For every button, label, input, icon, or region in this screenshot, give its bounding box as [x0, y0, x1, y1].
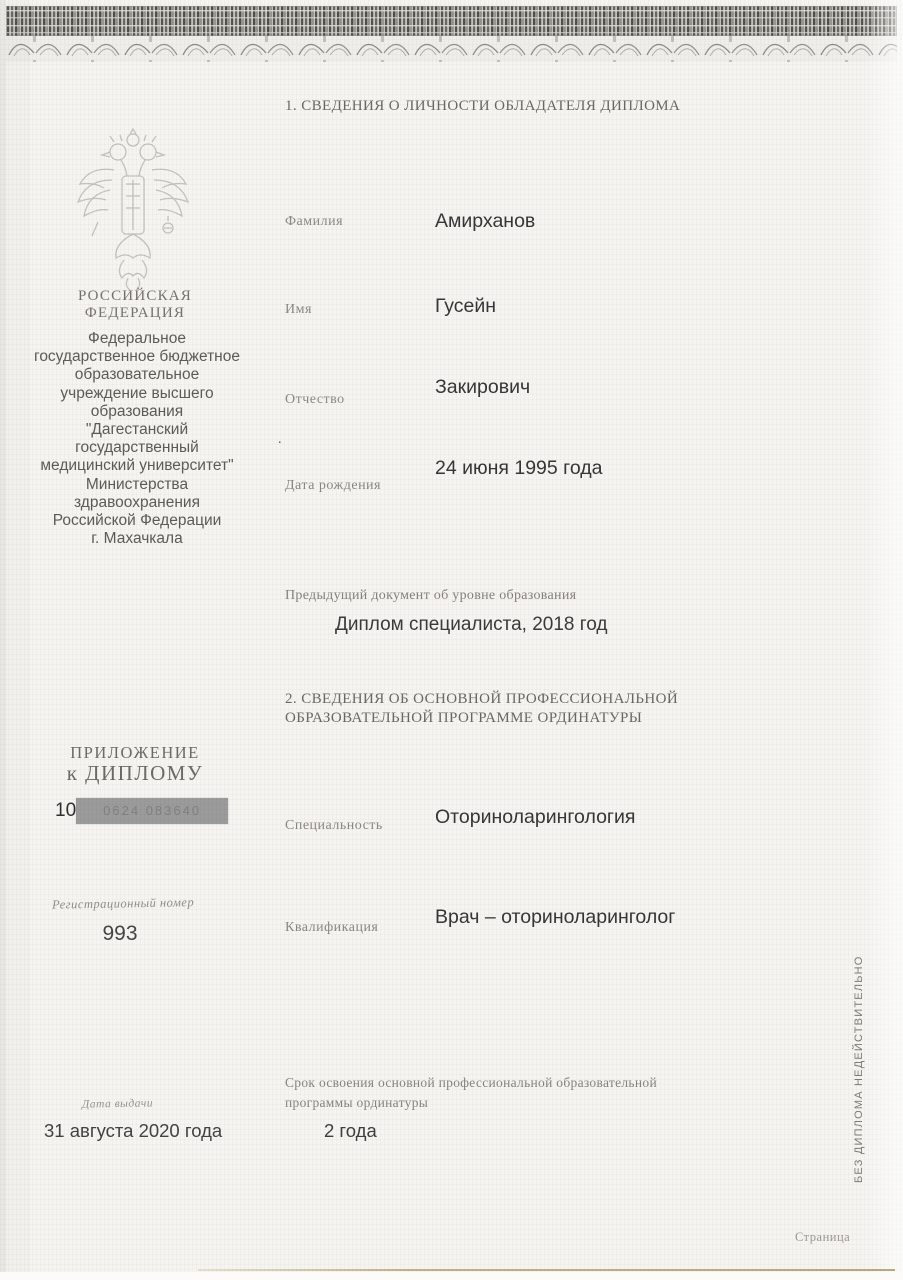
- page-footer-label: Страница: [795, 1230, 850, 1245]
- field-value-birthdate: 24 июня 1995 года: [435, 457, 603, 480]
- field-value-firstname: Гусейн: [435, 295, 496, 318]
- field-value-qualification: Врач – оториноларинголог: [435, 906, 675, 929]
- duration-label: Срок освоения основной профессиональной …: [285, 1073, 715, 1113]
- annex-title-line1: ПРИЛОЖЕНИЕ: [20, 743, 250, 762]
- guilloche-border: [6, 6, 897, 62]
- scan-artifact-dot: .: [278, 432, 282, 448]
- institution-line: г. Махачкала: [91, 530, 182, 547]
- field-label-qualification: Квалификация: [285, 920, 378, 936]
- russia-coat-of-arms-eagle-icon: [64, 126, 202, 294]
- bottom-scan-edge-line: [198, 1269, 895, 1271]
- duration-label-line2: программы ординатуры: [285, 1095, 428, 1110]
- institution-line: Российской Федерации: [53, 512, 222, 529]
- field-label-specialty: Специальность: [285, 818, 383, 834]
- institution-line: государственный: [75, 439, 199, 456]
- field-label-patronymic: Отчество: [285, 392, 345, 408]
- annex-number-redaction-box: 0624 083640: [76, 798, 228, 824]
- registration-number-label: Регистрационный номер: [52, 894, 242, 912]
- void-without-diploma-note: БЕЗ ДИПЛОМА НЕДЕЙСТВИТЕЛЬНО: [853, 968, 875, 1183]
- institution-name: Федеральное государственное бюджетное об…: [4, 330, 270, 548]
- institution-line: образования: [91, 403, 183, 420]
- annex-title: ПРИЛОЖЕНИЕ к ДИПЛОМУ: [20, 743, 250, 785]
- previous-document-value: Диплом специалиста, 2018 год: [335, 614, 608, 636]
- country-line1: РОССИЙСКАЯ: [78, 288, 192, 304]
- section2-title-line1: 2. СВЕДЕНИЯ ОБ ОСНОВНОЙ ПРОФЕССИОНАЛЬНОЙ: [285, 691, 678, 707]
- field-value-specialty: Оториноларингология: [435, 806, 635, 829]
- guilloche-pattern-svg: [6, 6, 897, 62]
- institution-line: образовательное: [75, 366, 199, 383]
- institution-line: Федеральное: [88, 330, 186, 347]
- country-line2: ФЕДЕРАЦИЯ: [85, 305, 185, 321]
- institution-line: учреждение высшего: [60, 385, 213, 402]
- field-value-patronymic: Закирович: [435, 376, 530, 399]
- bottom-white-margin: [0, 1272, 903, 1280]
- field-label-birthdate: Дата рождения: [285, 478, 381, 494]
- section1-title: 1. СВЕДЕНИЯ О ЛИЧНОСТИ ОБЛАДАТЕЛЯ ДИПЛОМ…: [285, 98, 845, 115]
- scanned-diploma-supplement-page: РОССИЙСКАЯ ФЕДЕРАЦИЯ Федеральное государ…: [0, 0, 903, 1280]
- institution-line: медицинский университет": [40, 457, 233, 474]
- field-value-surname: Амирханов: [435, 210, 535, 233]
- issue-date-value: 31 августа 2020 года: [44, 1120, 222, 1142]
- institution-line: здравоохранения: [74, 494, 200, 511]
- institution-line: Министерства: [86, 476, 188, 493]
- annex-number-visible: 10: [55, 800, 76, 822]
- field-label-surname: Фамилия: [285, 214, 343, 230]
- country-name: РОССИЙСКАЯ ФЕДЕРАЦИЯ: [20, 288, 250, 322]
- institution-line: государственное бюджетное: [34, 348, 240, 365]
- field-label-firstname: Имя: [285, 302, 312, 318]
- duration-value: 2 года: [324, 1120, 377, 1142]
- duration-label-line1: Срок освоения основной профессиональной …: [285, 1075, 657, 1090]
- institution-line: "Дагестанский: [86, 421, 188, 438]
- annex-title-line2: к ДИПЛОМУ: [20, 762, 250, 785]
- section2-title: 2. СВЕДЕНИЯ ОБ ОСНОВНОЙ ПРОФЕССИОНАЛЬНОЙ…: [285, 690, 845, 728]
- annex-number: 100624 083640: [55, 797, 228, 825]
- registration-number-value: 993: [60, 922, 180, 946]
- section2-title-line2: ОБРАЗОВАТЕЛЬНОЙ ПРОГРАММЕ ОРДИНАТУРЫ: [285, 710, 642, 726]
- previous-document-label: Предыдущий документ об уровне образовани…: [285, 588, 745, 604]
- issue-date-label: Дата выдачи: [82, 1097, 153, 1110]
